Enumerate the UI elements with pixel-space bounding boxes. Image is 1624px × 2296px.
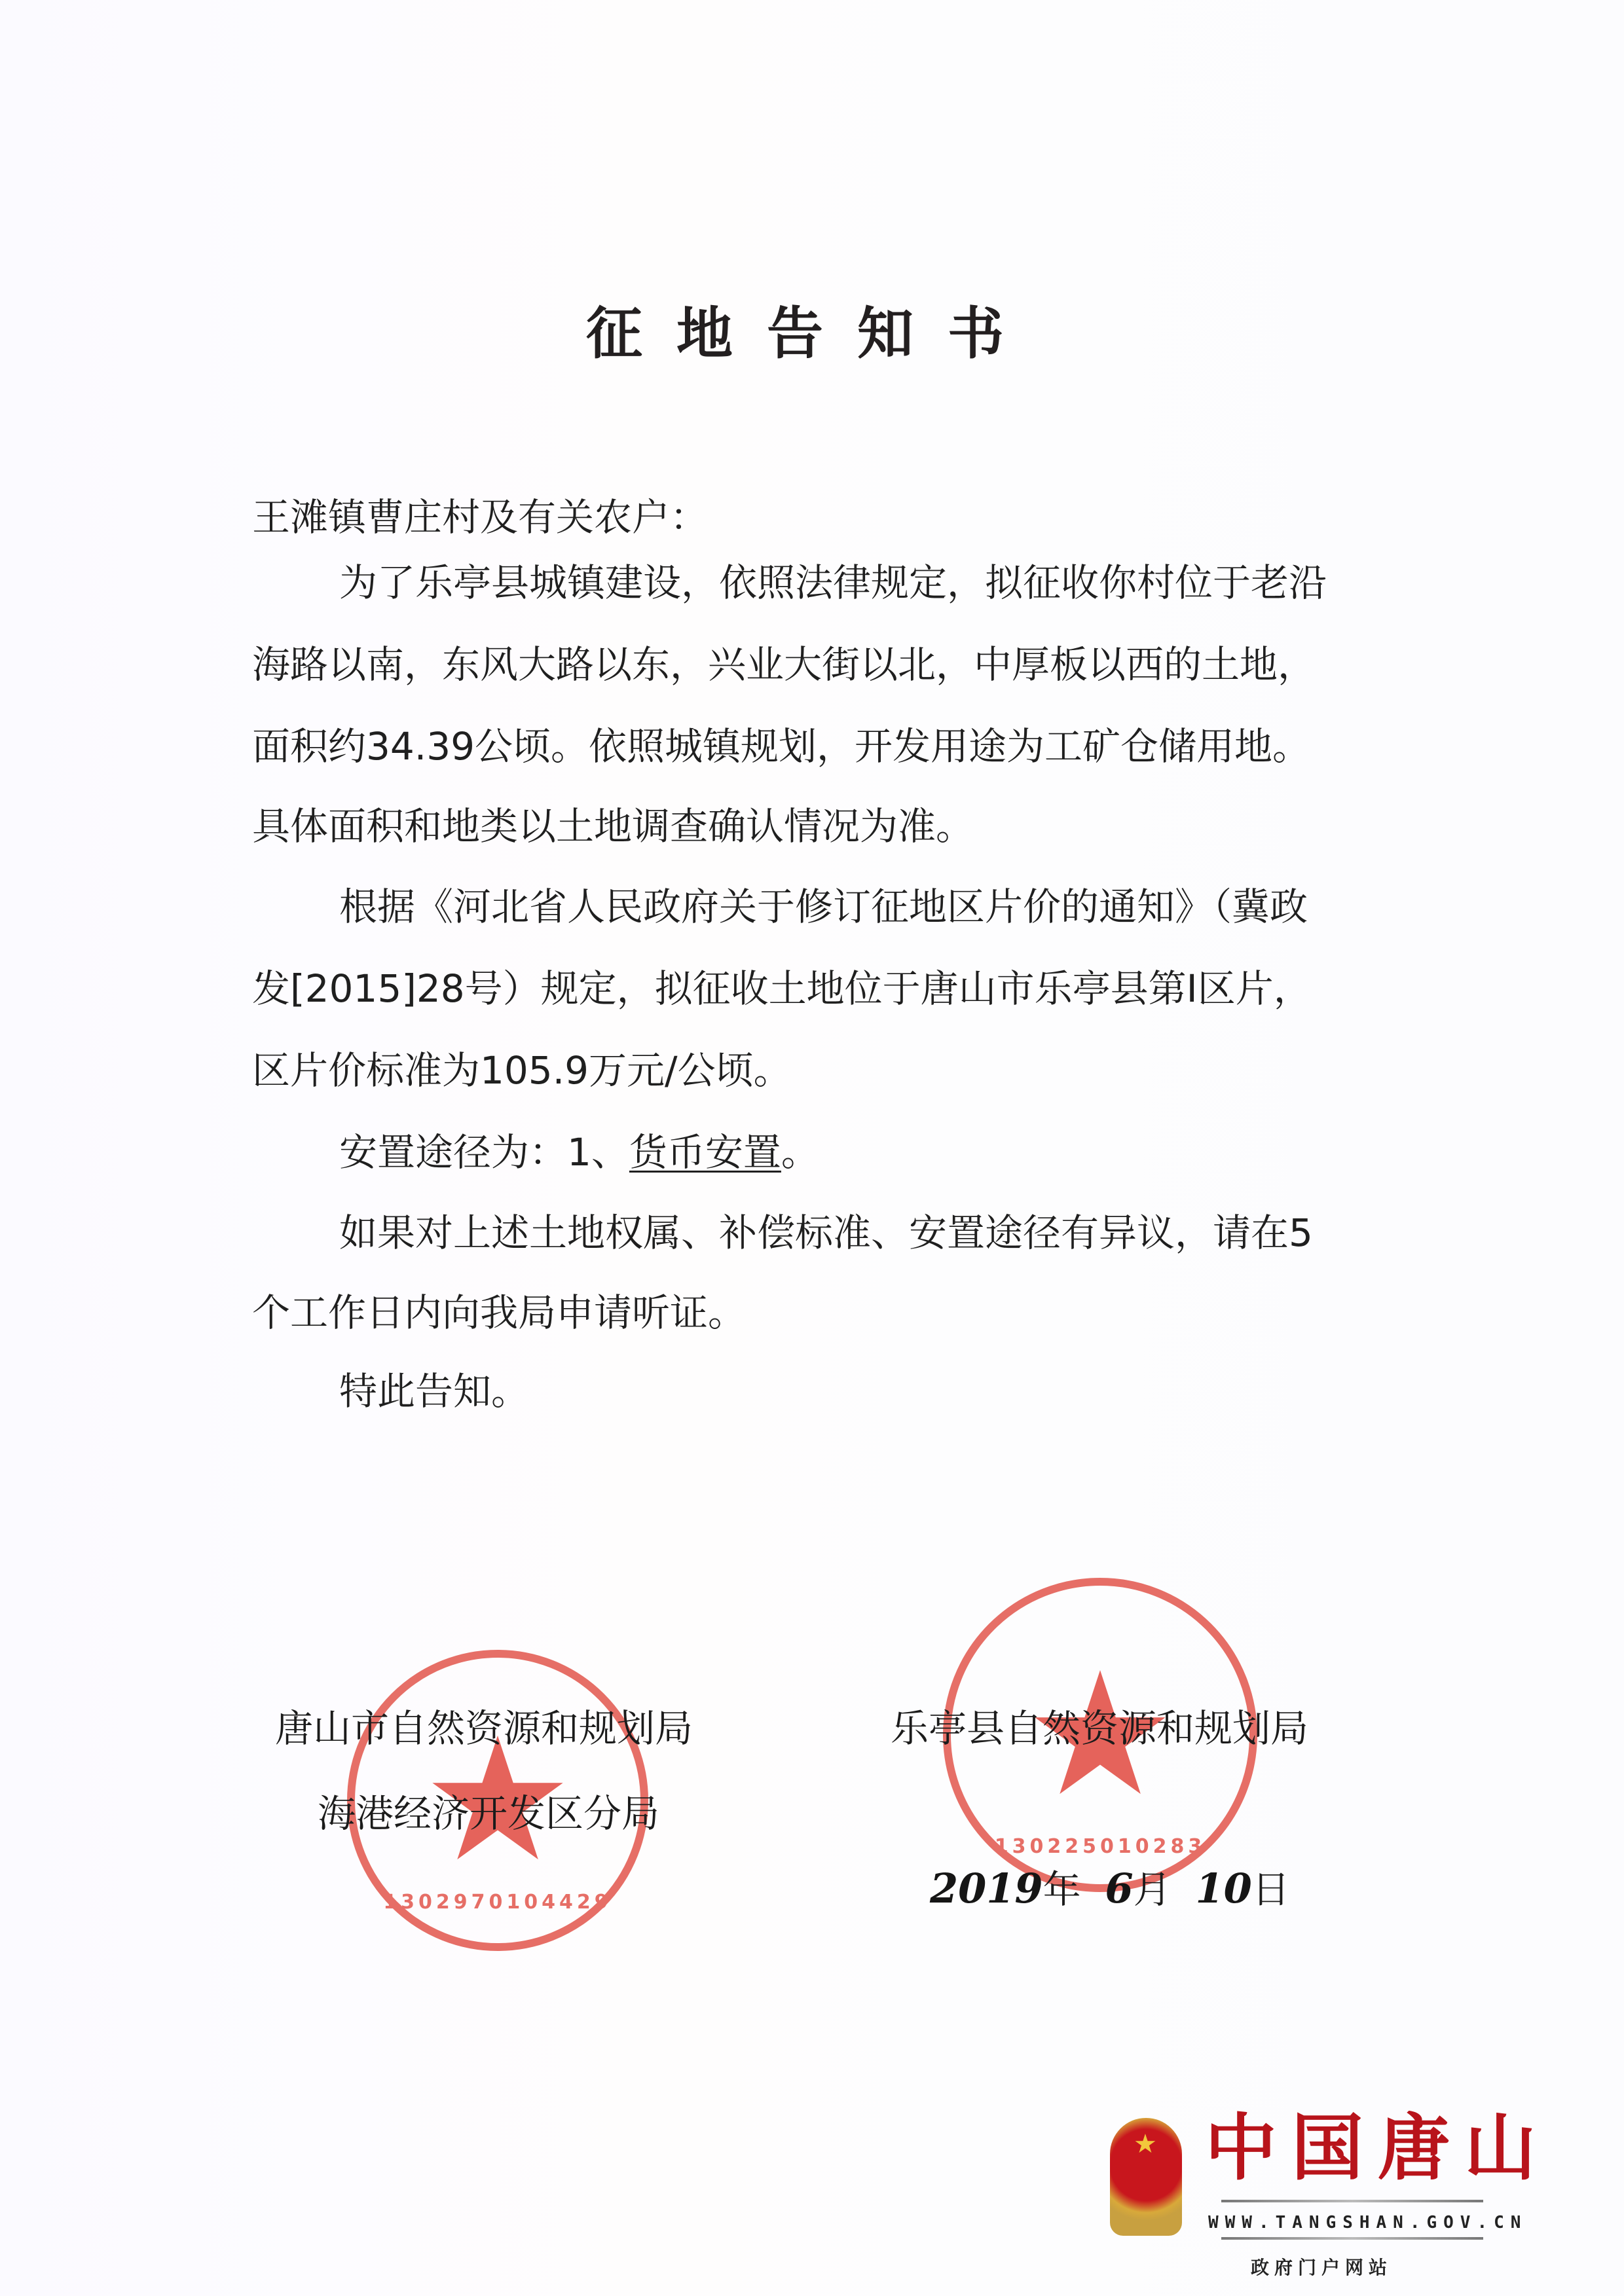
national-emblem-icon: ★ bbox=[1110, 2118, 1182, 2236]
paragraph-3: 安置途径为：1、货币安置。 bbox=[339, 1126, 819, 1178]
left-signatory-line-2: 海港经济开发区分局 bbox=[318, 1787, 659, 1840]
logo-divider bbox=[1221, 2237, 1483, 2240]
resettlement-method: 货币安置 bbox=[629, 1130, 781, 1175]
logo-url: WWW.TANGSHAN.GOV.CN bbox=[1208, 2213, 1527, 2232]
tangshan-gov-logo: ★ 中国唐山 WWW.TANGSHAN.GOV.CN 政府门户网站 bbox=[1100, 2095, 1611, 2291]
signing-date: 2019年 6月 10日 bbox=[930, 1863, 1290, 1916]
paragraph-1-line-2: 海路以南，东风大路以东，兴业大街以北，中厚板以西的土地， bbox=[252, 638, 1316, 691]
paragraph-2-line-1: 根据《河北省人民政府关于修订征地区片价的通知》（冀政 bbox=[339, 881, 1308, 933]
logo-divider bbox=[1221, 2200, 1483, 2202]
document-title: 征地告知书 bbox=[0, 288, 1624, 369]
logo-title: 中国唐山 bbox=[1205, 2105, 1551, 2191]
resettlement-prefix: 安置途径为：1、 bbox=[339, 1130, 629, 1175]
paragraph-1-line-1: 为了乐亭县城镇建设，依照法律规定，拟征收你村位于老沿 bbox=[339, 556, 1327, 609]
date-day-unit: 日 bbox=[1252, 1867, 1290, 1912]
document-page: 征地告知书 王滩镇曹庄村及有关农户： 为了乐亭县城镇建设，依照法律规定，拟征收你… bbox=[0, 0, 1624, 2296]
date-month: 6 bbox=[1105, 1865, 1133, 1912]
paragraph-1-line-4: 具体面积和地类以土地调查确认情况为准。 bbox=[252, 800, 974, 852]
paragraph-2-line-3: 区片价标准为105.9万元/公顷。 bbox=[252, 1044, 792, 1097]
left-signatory-line-1: 唐山市自然资源和规划局 bbox=[275, 1702, 693, 1755]
date-year-unit: 年 bbox=[1043, 1867, 1081, 1912]
date-month-unit: 月 bbox=[1134, 1867, 1172, 1912]
paragraph-2-line-2: 发[2015]28号）规定，拟征收土地位于唐山市乐亭县第Ⅰ区片， bbox=[252, 962, 1312, 1015]
right-seal-code: 130225010283 bbox=[951, 1835, 1249, 1858]
right-signatory: 乐亭县自然资源和规划局 bbox=[891, 1702, 1308, 1755]
logo-subtitle: 政府门户网站 bbox=[1251, 2253, 1392, 2280]
date-year: 2019 bbox=[930, 1865, 1043, 1912]
date-day: 10 bbox=[1195, 1865, 1251, 1912]
paragraph-4-line-2: 个工作日内向我局申请听证。 bbox=[252, 1286, 746, 1339]
left-seal-code: 1302970104429 bbox=[355, 1891, 640, 1914]
paragraph-1-line-3: 面积约34.39公顷。依照城镇规划，开发用途为工矿仓储用地。 bbox=[252, 720, 1310, 773]
paragraph-4-line-1: 如果对上述土地权属、补偿标准、安置途径有异议，请在5 bbox=[339, 1207, 1313, 1259]
closing-line: 特此告知。 bbox=[339, 1365, 529, 1417]
addressee: 王滩镇曹庄村及有关农户： bbox=[252, 491, 708, 543]
resettlement-suffix: 。 bbox=[781, 1130, 819, 1175]
emblem-star-icon: ★ bbox=[1134, 2131, 1157, 2157]
